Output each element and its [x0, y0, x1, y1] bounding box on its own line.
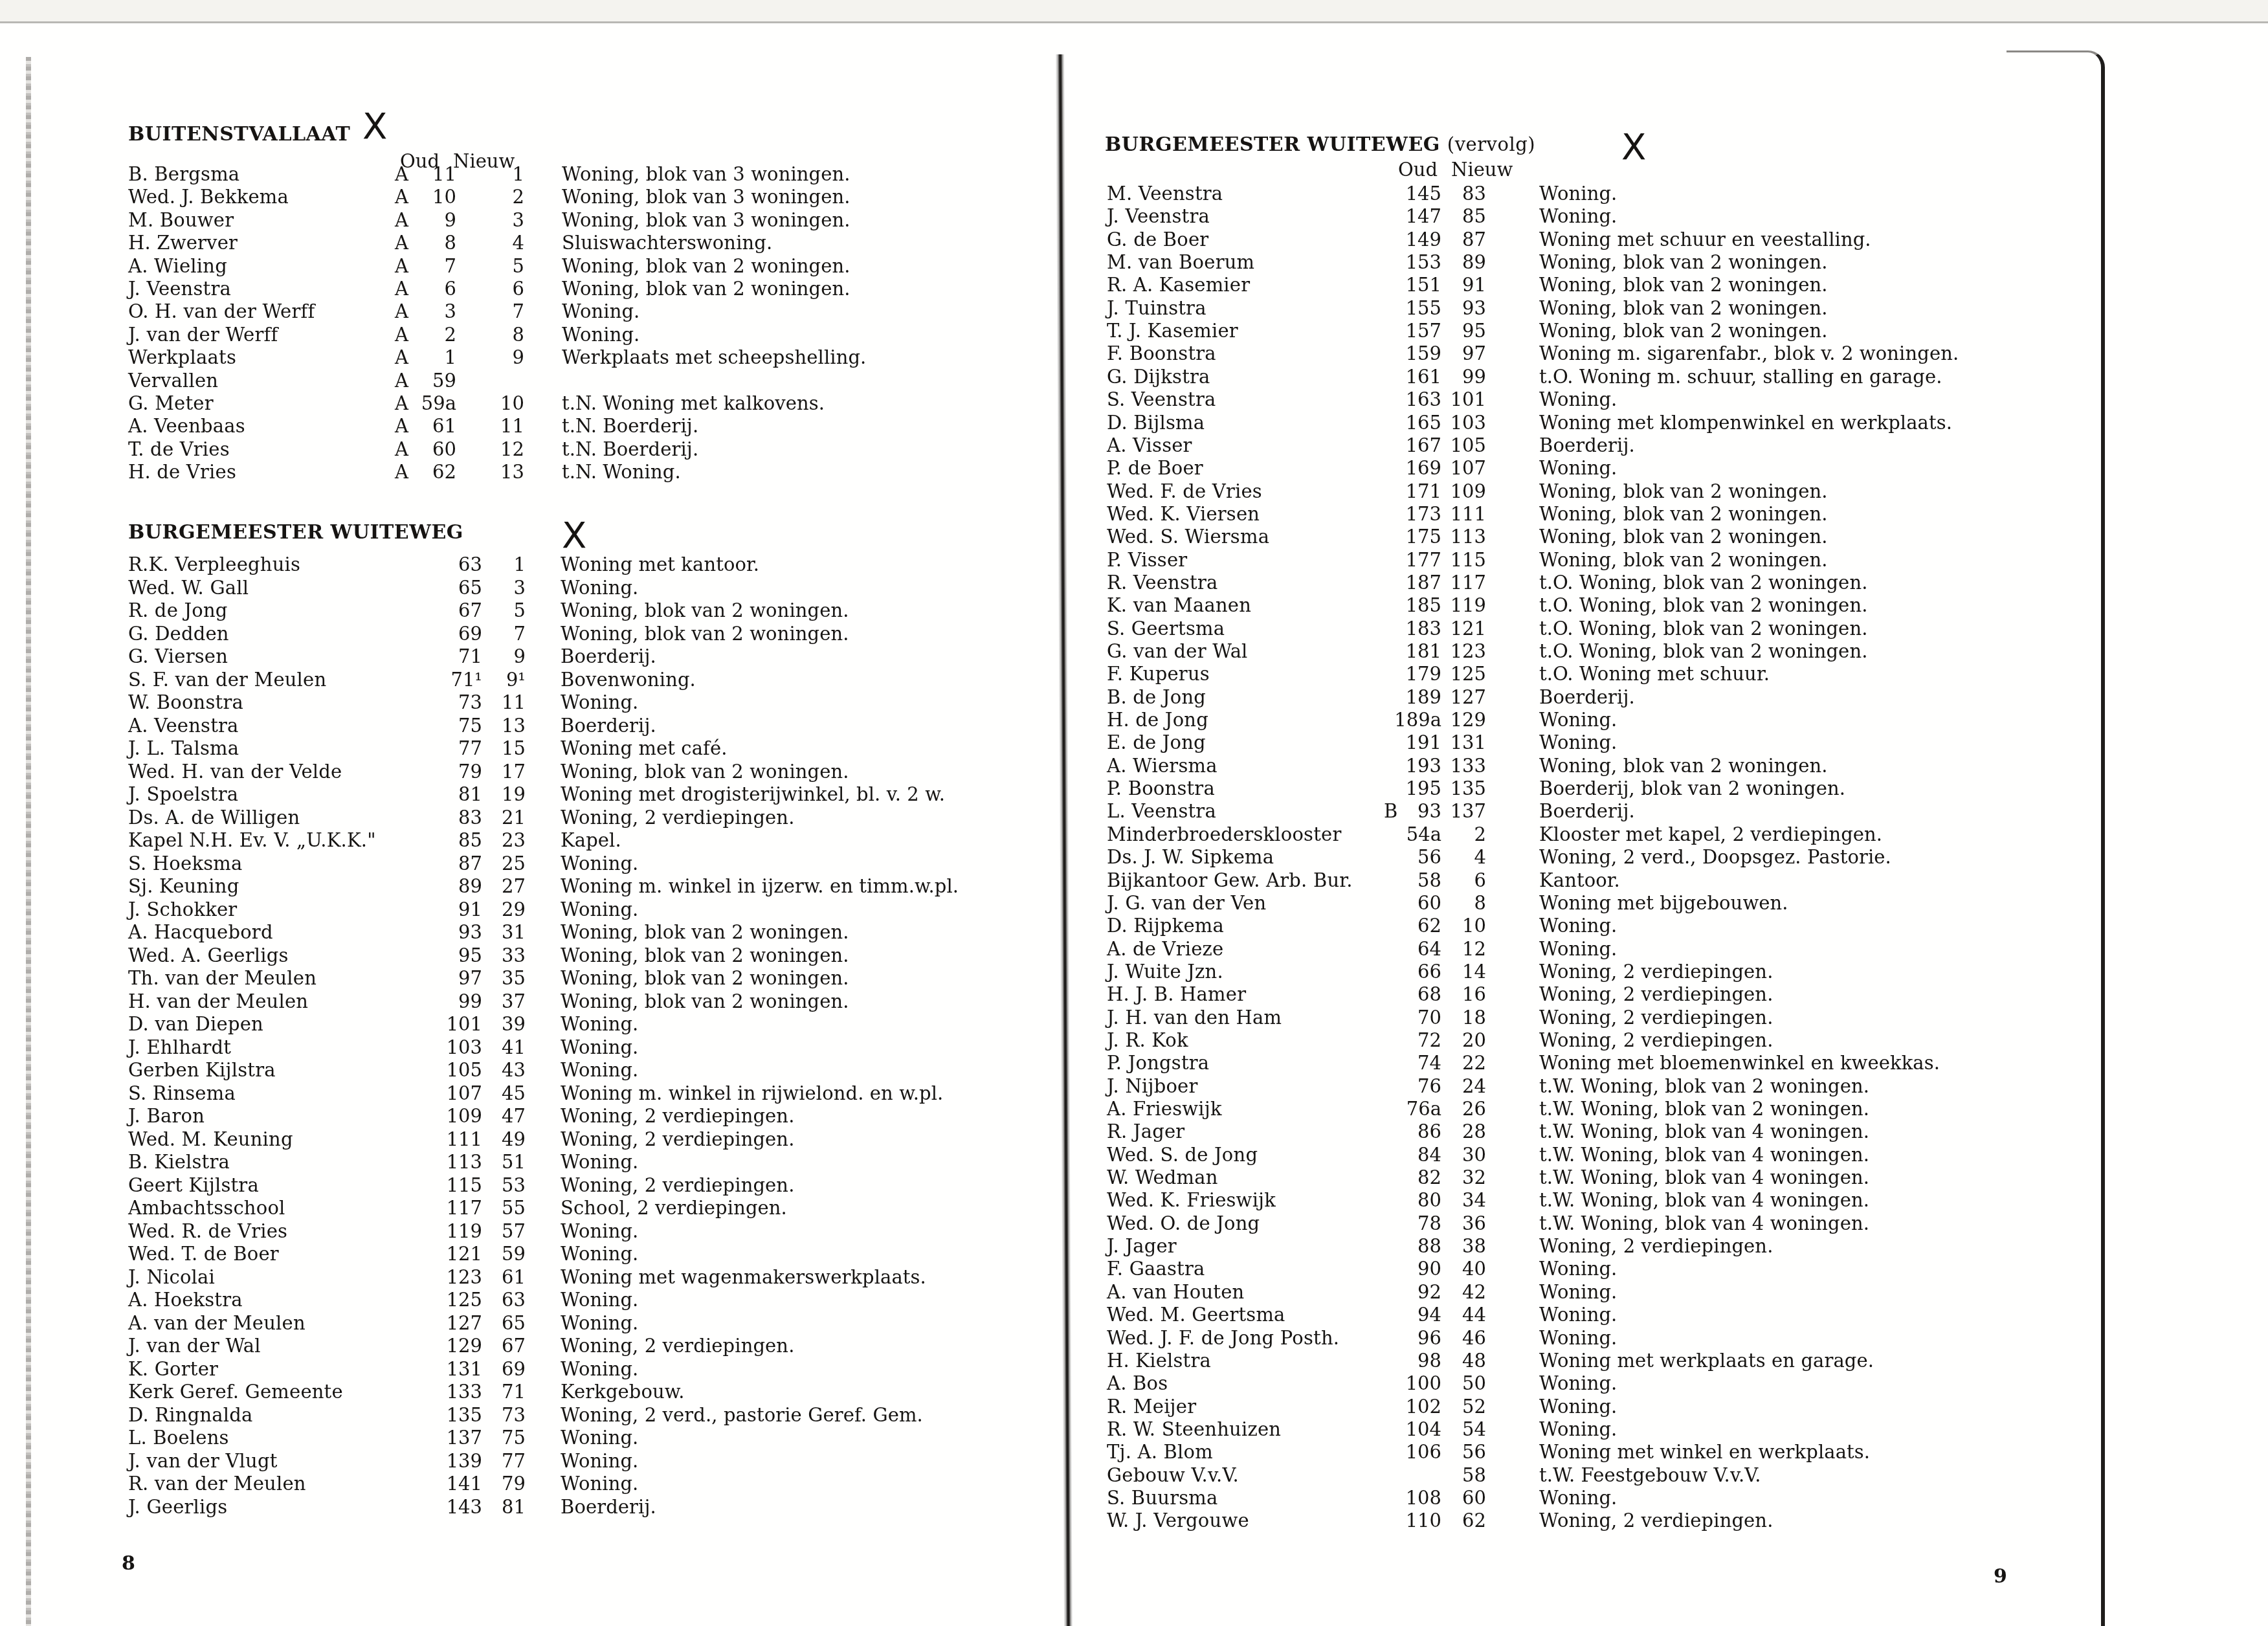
building-description: Woning met schuur en veestalling.: [1539, 228, 1871, 251]
resident-name: P. Jongstra: [1107, 1052, 1209, 1075]
table-row: Kerk Geref. Gemeente13371Kerkgebouw.: [0, 1381, 1062, 1403]
building-description: Woning.: [1539, 1487, 1617, 1509]
table-row: Wed. H. van der Velde7917Woning, blok va…: [0, 761, 1062, 783]
building-description: Woning, blok van 3 woningen.: [562, 209, 850, 232]
resident-name: Wed. S. de Jong: [1107, 1144, 1258, 1166]
resident-name: D. van Diepen: [128, 1013, 263, 1036]
resident-name: R. Meijer: [1107, 1396, 1196, 1418]
resident-name: Wed. O. de Jong: [1107, 1212, 1260, 1235]
new-number: 7: [447, 300, 524, 323]
building-description: Woning, 2 verdiepingen.: [561, 807, 794, 829]
new-number: 73: [448, 1404, 526, 1427]
table-row: Sj. Keuning8927Woning m. winkel in ijzer…: [0, 875, 1062, 898]
old-number: 6: [379, 278, 456, 300]
building-description: Woning, blok van 2 woningen.: [1539, 755, 1828, 777]
resident-name: G. Dedden: [128, 623, 229, 645]
building-description: t.W. Woning, blok van 4 woningen.: [1539, 1189, 1869, 1212]
table-row: G. Viersen719Boerderij.: [0, 645, 1062, 668]
resident-name: J. Tuinstra: [1107, 297, 1206, 320]
building-description: Woning m. sigarenfabr., blok v. 2 woning…: [1539, 342, 1959, 365]
new-number: 15: [448, 737, 526, 760]
new-number: 26: [1408, 1098, 1486, 1120]
new-number: 2: [1408, 823, 1486, 846]
table-row: Wed. R. de Vries11957Woning.: [0, 1220, 1062, 1243]
building-description: Woning.: [1539, 1304, 1617, 1326]
table-row: J. Wuite Jzn.6614Woning, 2 verdiepingen.: [1068, 961, 2104, 983]
building-description: Woning met café.: [561, 737, 728, 760]
resident-name: G. Dijkstra: [1107, 366, 1210, 388]
table-row: W. Wedman8232t.W. Woning, blok van 4 won…: [1068, 1166, 2104, 1189]
building-description: Woning.: [1539, 709, 1617, 731]
building-description: Woning.: [561, 577, 638, 599]
table-row: A. Wiersma193133Woning, blok van 2 wonin…: [1068, 755, 2104, 777]
table-row: O. H. van der WerffA37Woning.: [0, 300, 1062, 323]
building-description: Woning, blok van 3 woningen.: [562, 186, 850, 208]
new-number: 44: [1408, 1304, 1486, 1326]
table-row: E. de Jong191131Woning.: [1068, 731, 2104, 754]
resident-name: K. van Maanen: [1107, 594, 1251, 617]
new-number: 43: [448, 1059, 526, 1082]
new-number: 53: [448, 1174, 526, 1197]
building-description: t.W. Woning, blok van 2 woningen.: [1539, 1098, 1869, 1120]
resident-name: J. Wuite Jzn.: [1107, 961, 1223, 983]
column-header-oud: Oud: [1398, 159, 1438, 181]
new-number: 46: [1408, 1327, 1486, 1350]
table-row: Ds. J. W. Sipkema564Woning, 2 verd., Doo…: [1068, 846, 2104, 869]
resident-name: A. Frieswijk: [1107, 1098, 1222, 1120]
table-row: Kapel N.H. Ev. V. „U.K.K."8523Kapel.: [0, 829, 1062, 852]
table-row: R. A. Kasemier15191Woning, blok van 2 wo…: [1068, 274, 2104, 296]
new-number: 133: [1408, 755, 1486, 777]
table-row: R. de Jong675Woning, blok van 2 woningen…: [0, 599, 1062, 622]
resident-name: H. van der Meulen: [128, 990, 308, 1013]
table-row: Geert Kijlstra11553Woning, 2 verdiepinge…: [0, 1174, 1062, 1197]
section-title-text: BURGEMEESTER WUITEWEG: [1105, 133, 1440, 156]
table-row: J. Tuinstra15593Woning, blok van 2 wonin…: [1068, 297, 2104, 320]
new-number: 13: [448, 715, 526, 737]
table-row: Wed. O. de Jong7836t.W. Woning, blok van…: [1068, 1212, 2104, 1235]
new-number: 23: [448, 829, 526, 852]
resident-name: Ds. J. W. Sipkema: [1107, 846, 1274, 869]
resident-name: W. J. Vergouwe: [1107, 1509, 1249, 1532]
new-number: 41: [448, 1036, 526, 1059]
building-description: t.W. Feestgebouw V.v.V.: [1539, 1464, 1761, 1487]
building-description: Woning, blok van 2 woningen.: [1539, 526, 1828, 548]
old-number: 2: [379, 324, 456, 346]
table-row: J. R. Kok7220Woning, 2 verdiepingen.: [1068, 1029, 2104, 1052]
old-number: 3: [379, 300, 456, 323]
building-description: Woning, 2 verdiepingen.: [1539, 961, 1773, 983]
building-description: t.W. Woning, blok van 4 woningen.: [1539, 1166, 1869, 1189]
building-description: Woning.: [1539, 205, 1617, 228]
building-description: Boerderij.: [561, 1496, 656, 1519]
table-row: J. Schokker9129Woning.: [0, 898, 1062, 921]
building-description: Woning, 2 verdiepingen.: [1539, 1007, 1773, 1029]
new-number: 6: [447, 278, 524, 300]
resident-name: R. van der Meulen: [128, 1473, 306, 1495]
building-description: Woning.: [1539, 388, 1617, 411]
resident-name: J. R. Kok: [1107, 1029, 1188, 1052]
new-number: 20: [1408, 1029, 1486, 1052]
table-row: D. Bijlsma165103Woning met klompenwinkel…: [1068, 412, 2104, 434]
table-row: M. van Boerum15389Woning, blok van 2 won…: [1068, 251, 2104, 274]
new-number: 19: [448, 783, 526, 806]
resident-name: S. Geertsma: [1107, 618, 1225, 640]
old-number: 7: [379, 255, 456, 278]
building-description: Woning.: [561, 1427, 638, 1449]
new-number: 55: [448, 1197, 526, 1219]
new-number: 113: [1408, 526, 1486, 548]
building-description: Woning, 2 verdiepingen.: [1539, 1235, 1773, 1258]
building-description: t.W. Woning, blok van 4 woningen.: [1539, 1144, 1869, 1166]
new-number: 32: [1408, 1166, 1486, 1189]
building-description: Woning.: [1539, 1327, 1617, 1350]
resident-name: Wed. K. Frieswijk: [1107, 1189, 1276, 1212]
table-row: H. Kielstra9848Woning met werkplaats en …: [1068, 1350, 2104, 1372]
resident-name: J. G. van der Ven: [1107, 892, 1266, 915]
building-description: Woning, 2 verdiepingen.: [1539, 1509, 1773, 1532]
resident-name: R. Jager: [1107, 1120, 1184, 1143]
building-description: Woning.: [561, 1036, 638, 1059]
table-row: A. Hoekstra12563Woning.: [0, 1289, 1062, 1311]
new-number: 99: [1408, 366, 1486, 388]
section-title-burgemeester-wuiteweg-vervolg: BURGEMEESTER WUITEWEG (vervolg): [1105, 133, 1535, 156]
page-number: 8: [122, 1552, 135, 1575]
table-row: Minderbroedersklooster54a2Klooster met k…: [1068, 823, 2104, 846]
resident-name: Wed. T. de Boer: [128, 1243, 279, 1265]
resident-name: J. van der Vlugt: [128, 1450, 278, 1473]
table-row: D. van Diepen10139Woning.: [0, 1013, 1062, 1036]
table-row: S. Rinsema10745Woning m. winkel in rijwi…: [0, 1082, 1062, 1105]
building-description: Boerderij.: [1539, 800, 1635, 823]
table-row: Gerben Kijlstra10543Woning.: [0, 1059, 1062, 1082]
resident-name: Minderbroedersklooster: [1107, 823, 1341, 846]
new-number: 79: [448, 1473, 526, 1495]
new-number: 5: [448, 599, 526, 622]
resident-name: Ds. A. de Willigen: [128, 807, 300, 829]
building-description: t.O. Woning, blok van 2 woningen.: [1539, 572, 1867, 594]
new-number: 34: [1408, 1189, 1486, 1212]
building-description: t.O. Woning m. schuur, stalling en garag…: [1539, 366, 1942, 388]
right-page: BURGEMEESTER WUITEWEG (vervolg) X Oud Ni…: [1068, 0, 2104, 1626]
resident-name: D. Bijlsma: [1107, 412, 1205, 434]
resident-name: H. de Vries: [128, 461, 236, 484]
new-number: 14: [1408, 961, 1486, 983]
new-number: 119: [1408, 594, 1486, 617]
table-row: J. G. van der Ven608Woning met bijgebouw…: [1068, 892, 2104, 915]
building-description: Woning met werkplaats en garage.: [1539, 1350, 1874, 1372]
new-number: 107: [1408, 457, 1486, 480]
building-description: Woning m. winkel in ijzerw. en timm.w.pl…: [561, 875, 959, 898]
building-description: Woning, blok van 2 woningen.: [561, 623, 849, 645]
resident-name: B. Bergsma: [128, 163, 239, 186]
table-row: Wed. J. F. de Jong Posth.9646Woning.: [1068, 1327, 2104, 1350]
resident-name: S. Buursma: [1107, 1487, 1217, 1509]
table-row: Wed. J. BekkemaA102Woning, blok van 3 wo…: [0, 186, 1062, 208]
page-number: 9: [1994, 1565, 2007, 1588]
new-number: 123: [1408, 640, 1486, 663]
table-row: H. J. B. Hamer6816Woning, 2 verdiepingen…: [1068, 983, 2104, 1006]
table-row: S. F. van der Meulen71¹9¹Bovenwoning.: [0, 669, 1062, 691]
resident-name: Wed. S. Wiersma: [1107, 526, 1269, 548]
resident-name: S. F. van der Meulen: [128, 669, 326, 691]
table-row: J. van der Vlugt13977Woning.: [0, 1450, 1062, 1473]
building-description: Woning, blok van 2 woningen.: [561, 761, 849, 783]
table-row: A. Frieswijk76a26t.W. Woning, blok van 2…: [1068, 1098, 2104, 1120]
building-description: Woning.: [1539, 457, 1617, 480]
old-number: 8: [379, 232, 456, 254]
new-number: 39: [448, 1013, 526, 1036]
resident-name: S. Rinsema: [128, 1082, 236, 1105]
resident-name: T. J. Kasemier: [1107, 320, 1238, 342]
new-number: 77: [448, 1450, 526, 1473]
building-description: Woning.: [561, 1151, 638, 1174]
new-number: 31: [448, 921, 526, 944]
new-number: 38: [1408, 1235, 1486, 1258]
table-row: J. Geerligs14381Boerderij.: [0, 1496, 1062, 1519]
resident-name: Wed. J. Bekkema: [128, 186, 289, 208]
resident-name: F. Gaastra: [1107, 1258, 1205, 1280]
new-number: 135: [1408, 777, 1486, 800]
resident-name: H. J. B. Hamer: [1107, 983, 1246, 1006]
new-number: 10: [447, 392, 524, 415]
resident-name: Wed. H. van der Velde: [128, 761, 342, 783]
table-row: Tj. A. Blom10656Woning met winkel en wer…: [1068, 1441, 2104, 1464]
resident-name: F. Kuperus: [1107, 663, 1210, 685]
resident-name: Tj. A. Blom: [1107, 1441, 1213, 1464]
new-number: 54: [1408, 1418, 1486, 1441]
resident-name: T. de Vries: [128, 438, 230, 461]
building-description: Woning, 2 verdiepingen.: [561, 1174, 794, 1197]
building-description: Woning.: [1539, 1396, 1617, 1418]
table-row: A. WielingA75Woning, blok van 2 woningen…: [0, 255, 1062, 278]
resident-name: A. Bos: [1107, 1372, 1168, 1395]
building-description: Woning.: [561, 1450, 638, 1473]
table-row: F. Gaastra9040Woning.: [1068, 1258, 2104, 1280]
old-number: 59: [379, 370, 456, 392]
table-row: L. VeenstraB93137Boerderij.: [1068, 800, 2104, 823]
resident-name: J. van der Werff: [128, 324, 278, 346]
table-row: A. Visser167105Boerderij.: [1068, 434, 2104, 457]
table-row: J. H. van den Ham7018Woning, 2 verdiepin…: [1068, 1007, 2104, 1029]
table-row: L. Boelens13775Woning.: [0, 1427, 1062, 1449]
building-description: Woning, 2 verdiepingen.: [1539, 983, 1773, 1006]
table-row: R.K. Verpleeghuis631Woning met kantoor.: [0, 553, 1062, 576]
left-page: BUITENSTVALLAAT X Oud Nieuw B. BergsmaA1…: [0, 0, 1062, 1626]
new-number: 58: [1408, 1464, 1486, 1487]
building-description: t.W. Woning, blok van 2 woningen.: [1539, 1075, 1869, 1098]
resident-name: Th. van der Meulen: [128, 967, 317, 990]
table-row: Wed. K. Frieswijk8034t.W. Woning, blok v…: [1068, 1189, 2104, 1212]
building-description: Woning, blok van 2 woningen.: [561, 967, 849, 990]
table-row: B. BergsmaA111Woning, blok van 3 woninge…: [0, 163, 1062, 186]
new-number: 3: [448, 577, 526, 599]
resident-name: A. Veenstra: [128, 715, 239, 737]
table-row: A. VeenbaasA6111t.N. Boerderij.: [0, 415, 1062, 438]
new-number: 129: [1408, 709, 1486, 731]
new-number: 127: [1408, 686, 1486, 709]
new-number: 18: [1408, 1007, 1486, 1029]
new-number: 11: [448, 691, 526, 714]
resident-name: S. Veenstra: [1107, 388, 1216, 411]
table-row: Gebouw V.v.V.58t.W. Feestgebouw V.v.V.: [1068, 1464, 2104, 1487]
building-description: Woning.: [1539, 183, 1617, 205]
new-number: 62: [1408, 1509, 1486, 1532]
new-number: 137: [1408, 800, 1486, 823]
table-row: Wed. W. Gall653Woning.: [0, 577, 1062, 599]
table-row: R. van der Meulen14179Woning.: [0, 1473, 1062, 1495]
building-description: Woning.: [1539, 938, 1617, 961]
building-description: Woning, 2 verdiepingen.: [1539, 1029, 1773, 1052]
new-number: 69: [448, 1358, 526, 1381]
new-number: 12: [447, 438, 524, 461]
resident-name: Wed. A. Geerligs: [128, 944, 289, 967]
resident-name: Gebouw V.v.V.: [1107, 1464, 1239, 1487]
building-description: Kantoor.: [1539, 869, 1620, 892]
building-description: Woning, blok van 2 woningen.: [561, 990, 849, 1013]
building-description: Woning met bloemenwinkel en kweekkas.: [1539, 1052, 1940, 1075]
resident-name: A. Wiersma: [1107, 755, 1217, 777]
building-description: Woning.: [561, 1013, 638, 1036]
section-subtitle: (vervolg): [1447, 133, 1535, 155]
new-number: 97: [1408, 342, 1486, 365]
building-description: Woning, 2 verdiepingen.: [561, 1105, 794, 1128]
resident-name: Sj. Keuning: [128, 875, 239, 898]
table-row: G. MeterA59a10t.N. Woning met kalkovens.: [0, 392, 1062, 415]
table-row: S. Geertsma183121t.O. Woning, blok van 2…: [1068, 618, 2104, 640]
resident-name: W. Wedman: [1107, 1166, 1218, 1189]
resident-name: A. de Vrieze: [1107, 938, 1223, 961]
new-number: 3: [447, 209, 524, 232]
table-row: R. Veenstra187117t.O. Woning, blok van 2…: [1068, 572, 2104, 594]
building-description: Woning.: [561, 691, 638, 714]
resident-name: A. Veenbaas: [128, 415, 245, 438]
building-description: Woning, blok van 2 woningen.: [1539, 480, 1828, 503]
building-description: Woning, 2 verd., pastorie Geref. Gem.: [561, 1404, 923, 1427]
table-row: T. J. Kasemier15795Woning, blok van 2 wo…: [1068, 320, 2104, 342]
new-number: 1: [447, 163, 524, 186]
new-number: 30: [1408, 1144, 1486, 1166]
building-description: Kerkgebouw.: [561, 1381, 685, 1403]
new-number: 2: [447, 186, 524, 208]
resident-name: G. de Boer: [1107, 228, 1208, 251]
new-number: 75: [448, 1427, 526, 1449]
resident-name: M. Bouwer: [128, 209, 234, 232]
building-description: Woning.: [1539, 731, 1617, 754]
table-row: B. Kielstra11351Woning.: [0, 1151, 1062, 1174]
resident-name: J. Veenstra: [1107, 205, 1210, 228]
table-row: Bijkantoor Gew. Arb. Bur.586Kantoor.: [1068, 869, 2104, 892]
new-number: 37: [448, 990, 526, 1013]
building-description: Woning, blok van 2 woningen.: [561, 921, 849, 944]
table-row: J. Ehlhardt10341Woning.: [0, 1036, 1062, 1059]
building-description: Woning.: [562, 324, 639, 346]
new-number: 9: [448, 645, 526, 668]
resident-name: A. Visser: [1107, 434, 1192, 457]
table-row: Wed. K. Viersen173111Woning, blok van 2 …: [1068, 503, 2104, 526]
new-number: 125: [1408, 663, 1486, 685]
old-number: 62: [379, 461, 456, 484]
old-number: 60: [379, 438, 456, 461]
table-row: J. van der WerffA28Woning.: [0, 324, 1062, 346]
building-description: Woning, 2 verd., Doopsgez. Pastorie.: [1539, 846, 1891, 869]
table-row: H. van der Meulen9937Woning, blok van 2 …: [0, 990, 1062, 1013]
building-description: Woning.: [1539, 1418, 1617, 1441]
building-description: t.O. Woning, blok van 2 woningen.: [1539, 594, 1867, 617]
building-description: Woning.: [561, 1312, 638, 1335]
table-row: J. Veenstra14785Woning.: [1068, 205, 2104, 228]
new-number: 93: [1408, 297, 1486, 320]
table-row: S. Veenstra163101Woning.: [1068, 388, 2104, 411]
new-number: 16: [1408, 983, 1486, 1006]
new-number: 25: [448, 852, 526, 875]
table-row: A. Bos10050Woning.: [1068, 1372, 2104, 1395]
table-row: J. van der Wal12967Woning, 2 verdiepinge…: [0, 1335, 1062, 1357]
table-row: P. Boonstra195135Boerderij, blok van 2 w…: [1068, 777, 2104, 800]
resident-name: R. A. Kasemier: [1107, 274, 1250, 296]
resident-name: Kerk Geref. Gemeente: [128, 1381, 343, 1403]
resident-name: A. Hacquebord: [128, 921, 273, 944]
table-row: Wed. M. Keuning11149Woning, 2 verdieping…: [0, 1128, 1062, 1151]
building-description: Woning, blok van 2 woningen.: [561, 599, 849, 622]
table-row: J. L. Talsma7715Woning met café.: [0, 737, 1062, 760]
new-number: 50: [1408, 1372, 1486, 1395]
building-description: Werkplaats met scheepshelling.: [562, 346, 866, 369]
building-description: Boerderij, blok van 2 woningen.: [1539, 777, 1845, 800]
table-row: W. J. Vergouwe11062Woning, 2 verdiepinge…: [1068, 1509, 2104, 1532]
table-row: J. Nicolai12361Woning met wagenmakerswer…: [0, 1266, 1062, 1289]
new-number: 8: [447, 324, 524, 346]
new-number: 91: [1408, 274, 1486, 296]
table-row: Wed. S. Wiersma175113Woning, blok van 2 …: [1068, 526, 2104, 548]
new-number: 28: [1408, 1120, 1486, 1143]
table-row: Wed. F. de Vries171109Woning, blok van 2…: [1068, 480, 2104, 503]
new-number: 21: [448, 807, 526, 829]
building-description: t.O. Woning, blok van 2 woningen.: [1539, 618, 1867, 640]
resident-name: M. Veenstra: [1107, 183, 1223, 205]
new-number: 87: [1408, 228, 1486, 251]
resident-name: R. Veenstra: [1107, 572, 1217, 594]
new-number: 1: [448, 553, 526, 576]
table-row: S. Hoeksma8725Woning.: [0, 852, 1062, 875]
resident-name: Wed. K. Viersen: [1107, 503, 1260, 526]
table-row: J. Baron10947Woning, 2 verdiepingen.: [0, 1105, 1062, 1128]
resident-name: Wed. M. Geertsma: [1107, 1304, 1285, 1326]
new-number: 33: [448, 944, 526, 967]
resident-name: H. Kielstra: [1107, 1350, 1211, 1372]
table-row: S. Buursma10860Woning.: [1068, 1487, 2104, 1509]
table-row: H. de VriesA6213t.N. Woning.: [0, 461, 1062, 484]
building-description: Woning, 2 verdiepingen.: [561, 1128, 794, 1151]
building-description: Woning.: [561, 1220, 638, 1243]
building-description: Woning.: [561, 898, 638, 921]
resident-name: Wed. W. Gall: [128, 577, 249, 599]
resident-name: M. van Boerum: [1107, 251, 1254, 274]
building-description: Woning.: [561, 1243, 638, 1265]
building-description: Boerderij.: [561, 645, 656, 668]
resident-name: Wed. F. de Vries: [1107, 480, 1262, 503]
resident-name: Bijkantoor Gew. Arb. Bur.: [1107, 869, 1353, 892]
resident-name: Wed. M. Keuning: [128, 1128, 293, 1151]
table-row: Th. van der Meulen9735Woning, blok van 2…: [0, 967, 1062, 990]
resident-name: J. Jager: [1107, 1235, 1177, 1258]
table-row: J. Jager8838Woning, 2 verdiepingen.: [1068, 1235, 2104, 1258]
building-description: Sluiswachterswoning.: [562, 232, 772, 254]
building-description: Woning met bijgebouwen.: [1539, 892, 1788, 915]
new-number: 105: [1408, 434, 1486, 457]
new-number: 24: [1408, 1075, 1486, 1098]
new-number: 71: [448, 1381, 526, 1403]
